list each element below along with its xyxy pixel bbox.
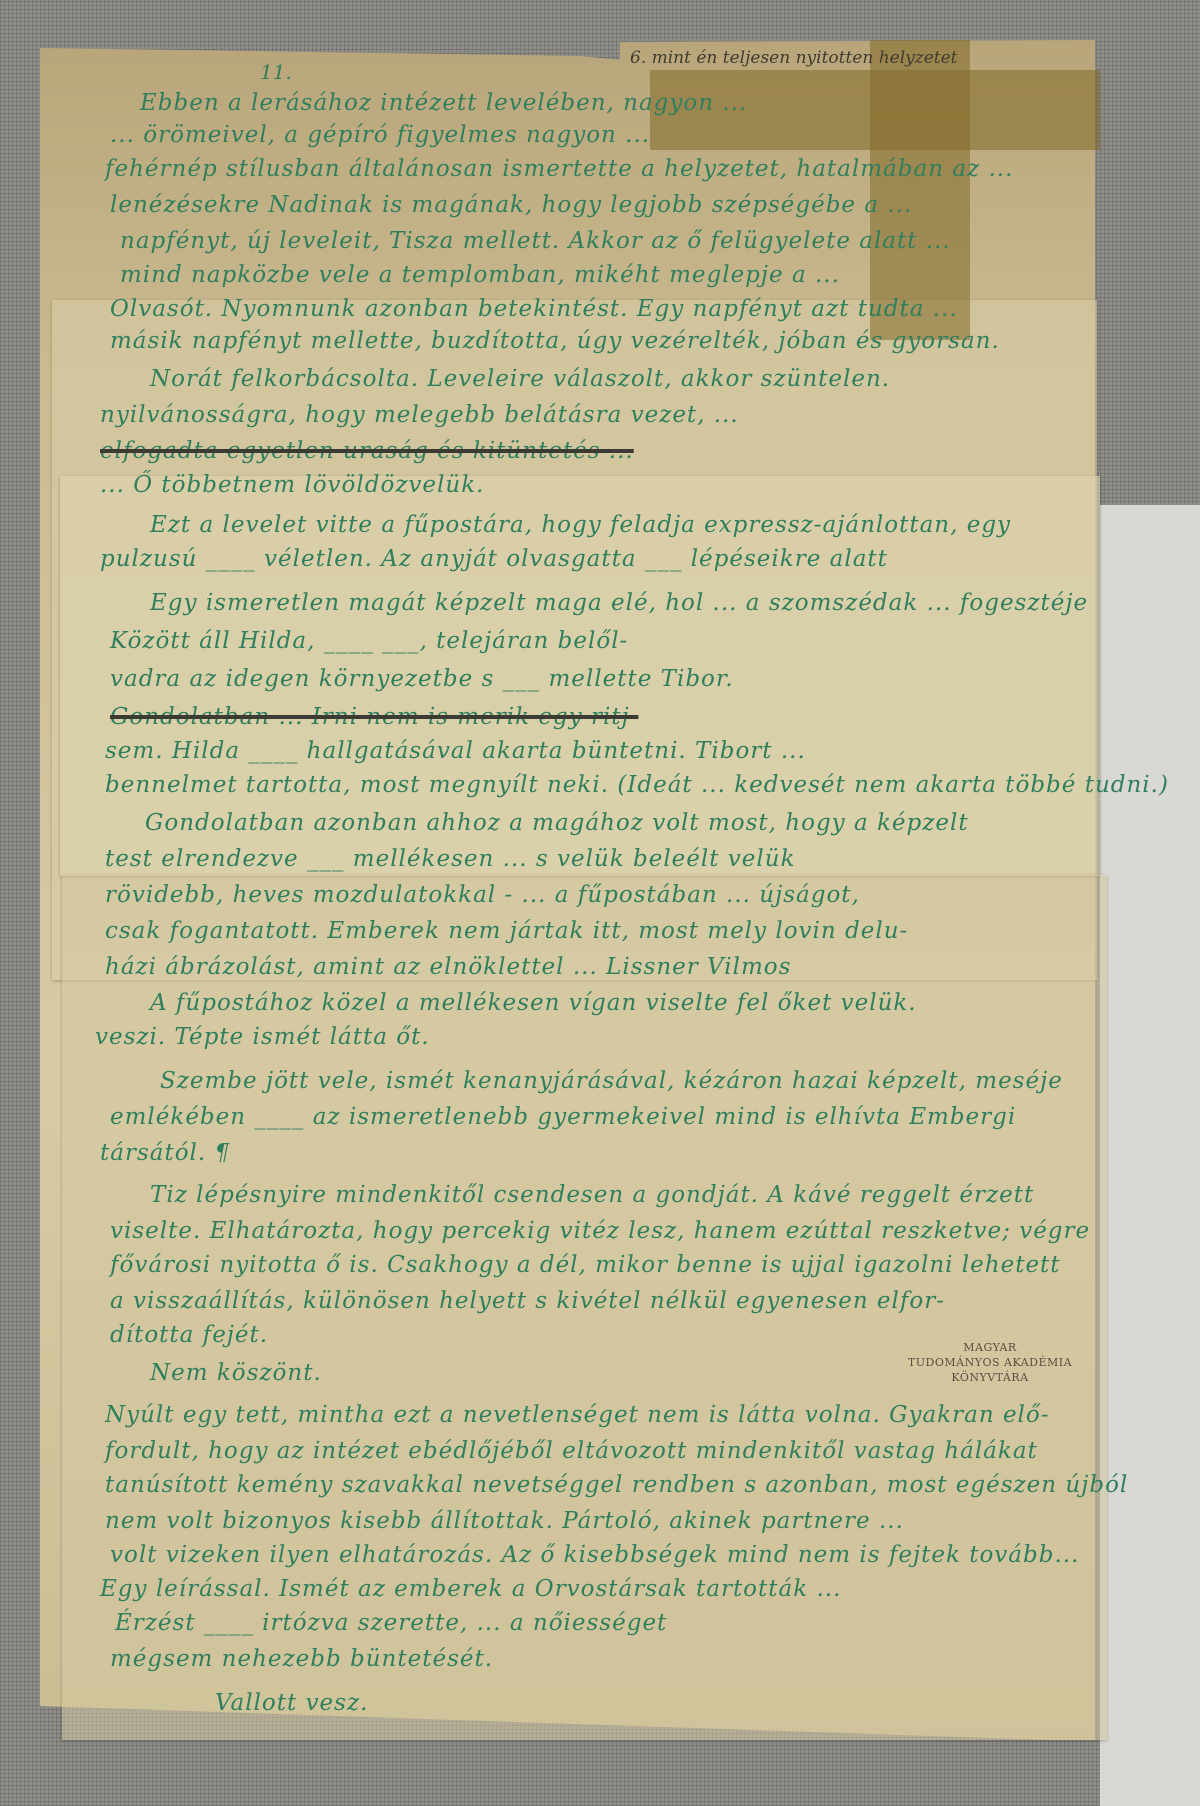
handwritten-line: nyilvánosságra, hogy melegebb belátásra … bbox=[100, 402, 739, 428]
handwritten-line: Egy ismeretlen magát képzelt maga elé, h… bbox=[150, 590, 1088, 616]
handwritten-line: sem. Hilda ____ hallgatásával akarta bün… bbox=[105, 738, 806, 764]
handwritten-line: mind napközbe vele a templomban, mikéht … bbox=[120, 262, 840, 288]
handwritten-line: Között áll Hilda, ____ ___, telejáran be… bbox=[110, 628, 628, 654]
header-note: 6. mint én teljesen nyitotten helyzetet bbox=[630, 48, 958, 68]
adhesive-tape bbox=[870, 40, 970, 340]
handwritten-line: Vallott vesz. bbox=[215, 1690, 368, 1716]
stamp-line: KÖNYVTÁRA bbox=[895, 1370, 1085, 1385]
handwritten-line: emlékében ____ az ismeretlenebb gyermeke… bbox=[110, 1104, 1016, 1130]
handwritten-line: Egy leírással. Ismét az emberek a Orvost… bbox=[100, 1576, 841, 1602]
handwritten-line: ... örömeivel, a gépíró figyelmes nagyon… bbox=[110, 122, 650, 148]
handwritten-line: a visszaállítás, különösen helyett s kiv… bbox=[110, 1288, 945, 1314]
handwritten-line: csak fogantatott. Emberek nem jártak itt… bbox=[105, 918, 908, 944]
handwritten-line: Nem köszönt. bbox=[150, 1360, 322, 1386]
handwritten-line: Gondolatban ... Irni nem is merik egy ri… bbox=[110, 704, 638, 730]
handwritten-line: Ebben a lerásához intézett levelében, na… bbox=[140, 90, 747, 116]
handwritten-line: rövidebb, heves mozdulatokkal - ... a fű… bbox=[105, 882, 860, 908]
handwritten-line: fordult, hogy az intézet ebédlőjéből elt… bbox=[105, 1438, 1038, 1464]
handwritten-line: volt vizeken ilyen elhatározás. Az ő kis… bbox=[110, 1542, 1079, 1568]
handwritten-line: Tiz lépésnyire mindenkitől csendesen a g… bbox=[150, 1182, 1034, 1208]
handwritten-line: vadra az idegen környezetbe s ___ mellet… bbox=[110, 666, 734, 692]
handwritten-line: Olvasót. Nyomnunk azonban betekintést. E… bbox=[110, 296, 958, 322]
handwritten-line: mégsem nehezebb büntetését. bbox=[110, 1646, 493, 1672]
handwritten-line: Ezt a levelet vitte a fűpostára, hogy fe… bbox=[150, 512, 1011, 538]
handwritten-line: Szembe jött vele, ismét kenanyjárásával,… bbox=[160, 1068, 1063, 1094]
handwritten-line: dította fejét. bbox=[110, 1322, 268, 1348]
page-number: 11. bbox=[260, 60, 292, 84]
handwritten-line: társától. ¶ bbox=[100, 1140, 230, 1166]
handwritten-line: Érzést ____ irtózva szerette, ... a nőie… bbox=[115, 1610, 667, 1636]
handwritten-line: Nyúlt egy tett, mintha ezt a nevetlenség… bbox=[105, 1402, 1050, 1428]
handwritten-line: lenézésekre Nadinak is magának, hogy leg… bbox=[110, 192, 912, 218]
handwritten-line: ... Ő többetnem lövöldözvelük. bbox=[100, 472, 484, 498]
handwritten-line: napfényt, új leveleit, Tisza mellett. Ak… bbox=[120, 228, 951, 254]
handwritten-line: másik napfényt mellette, buzdította, úgy… bbox=[110, 328, 1000, 354]
handwritten-line: házi ábrázolást, amint az elnöklettel ..… bbox=[105, 954, 791, 980]
handwritten-line: test elrendezve ___ mellékesen ... s vel… bbox=[105, 846, 796, 872]
handwritten-line: bennelmet tartotta, most megnyílt neki. … bbox=[105, 772, 1169, 798]
handwritten-line: Gondolatban azonban ahhoz a magához volt… bbox=[145, 810, 969, 836]
handwritten-line: viselte. Elhatározta, hogy percekig vité… bbox=[110, 1218, 1090, 1244]
stamp-line: TUDOMÁNYOS AKADÉMIA bbox=[895, 1355, 1085, 1370]
handwritten-line: nem volt bizonyos kisebb állítottak. Pár… bbox=[105, 1508, 904, 1534]
handwritten-line: fehérnép stílusban általánosan ismertett… bbox=[105, 156, 1013, 182]
handwritten-line: veszi. Tépte ismét látta őt. bbox=[95, 1024, 430, 1050]
stamp-line: MAGYAR bbox=[895, 1340, 1085, 1355]
handwritten-line: tanúsított kemény szavakkal nevetséggel … bbox=[105, 1472, 1128, 1498]
handwritten-line: elfogadta egyetlen uraság és kitüntetés … bbox=[100, 438, 634, 464]
handwritten-line: fővárosi nyitotta ő is. Csakhogy a dél, … bbox=[110, 1252, 1061, 1278]
handwritten-line: Norát felkorbácsolta. Leveleire válaszol… bbox=[150, 366, 890, 392]
white-backing-card bbox=[1100, 505, 1200, 1806]
handwritten-line: A fűpostához közel a mellékesen vígan vi… bbox=[150, 990, 917, 1016]
handwritten-line: pulzusú ____ véletlen. Az anyját olvasga… bbox=[100, 546, 888, 572]
library-stamp: MAGYAR TUDOMÁNYOS AKADÉMIA KÖNYVTÁRA bbox=[895, 1340, 1085, 1385]
